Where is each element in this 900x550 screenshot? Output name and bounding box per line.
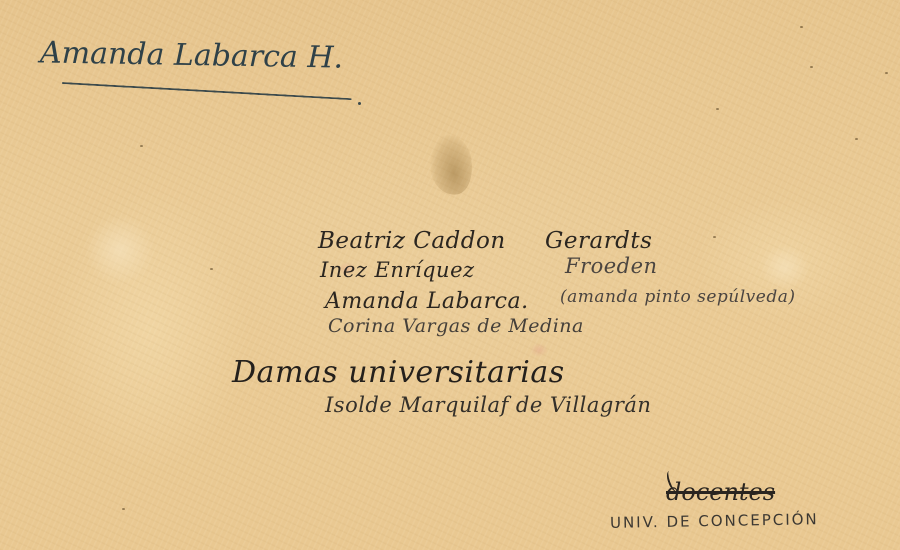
- section-name-line-1: Isolde Marquilaf de Villagrán: [325, 393, 651, 417]
- paper-fleck: [855, 138, 858, 140]
- struck-through-word: docentes: [666, 478, 775, 506]
- paper-fleck: [122, 508, 125, 510]
- paper-fleck: [140, 145, 143, 147]
- signature: Amanda Labarca H.: [40, 35, 344, 75]
- paper-light-spot: [85, 215, 155, 285]
- paper-fleck: [210, 268, 213, 270]
- name-line-1: Beatriz Caddon: [318, 228, 506, 254]
- name-line-4: Corina Vargas de Medina: [328, 315, 584, 337]
- signature-underline: [62, 82, 352, 100]
- paper-fleck: [885, 72, 888, 74]
- section-heading: Damas universitarias: [232, 355, 565, 390]
- paper-fleck: [810, 66, 813, 68]
- name-line-2-annotation: Froeden: [565, 254, 658, 278]
- paper-fleck: [800, 26, 803, 28]
- name-line-3: Amanda Labarca.: [325, 289, 529, 314]
- name-line-3-annotation: (amanda pinto sepúlveda): [560, 287, 796, 307]
- ink-dot: [358, 102, 361, 105]
- name-line-1-annotation: Gerardts: [545, 228, 652, 254]
- institution-label: UNIV. DE CONCEPCIÓN: [610, 510, 819, 532]
- paper-fleck: [713, 236, 716, 238]
- name-line-2: Inez Enríquez: [320, 258, 475, 282]
- aged-paper-document: Amanda Labarca H. Beatriz Caddon Gerardt…: [0, 0, 900, 550]
- water-stain: [426, 132, 476, 197]
- paper-light-spot: [760, 245, 810, 290]
- paper-fleck: [716, 108, 719, 110]
